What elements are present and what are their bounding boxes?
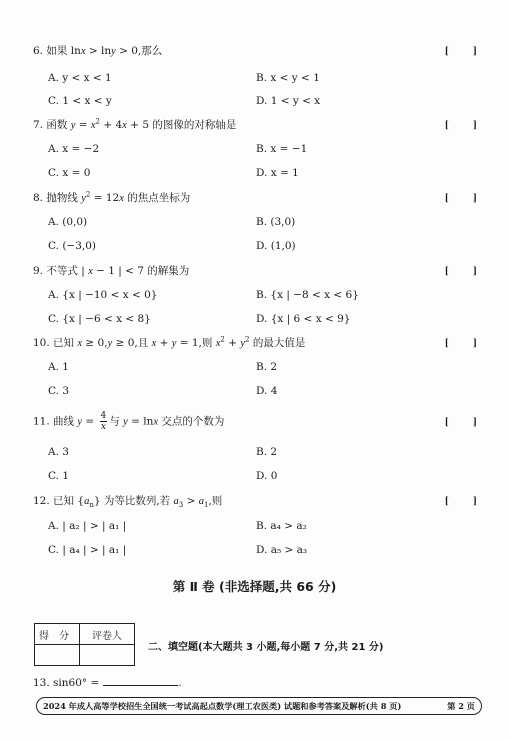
question-9-stem: 9. 不等式 | x − 1 | < 7 的解集为: [33, 264, 189, 279]
question-12-option-b: B. a₄ > a₂: [256, 519, 307, 533]
question-12-option-a: A. | a₂ | > | a₁ |: [48, 519, 126, 533]
score-header: 得 分: [35, 624, 80, 645]
question-13: 13. sin60° =.: [33, 675, 182, 689]
answer-bracket-open: [: [445, 191, 449, 205]
question-8-option-d: D. (1,0): [256, 239, 296, 253]
section-2-title: 第 Ⅱ 卷 (非选择题,共 66 分): [0, 577, 509, 595]
question-number: 12.: [33, 495, 50, 507]
answer-bracket-close: ]: [473, 415, 477, 429]
question-10-option-b: B. 2: [256, 360, 277, 374]
question-12-option-d: D. a₅ > a₃: [256, 543, 307, 557]
question-number: 7.: [33, 119, 43, 131]
answer-bracket-open: [: [445, 415, 449, 429]
question-7-option-c: C. x = 0: [48, 166, 90, 180]
question-number: 9.: [33, 265, 43, 277]
question-7-option-b: B. x = −1: [256, 142, 307, 156]
answer-bracket-open: [: [445, 118, 449, 132]
question-12-stem: 12. 已知 {an} 为等比数列,若 a3 > a1,则: [33, 494, 222, 509]
answer-blank: [103, 675, 178, 686]
question-11-stem: 11. 曲线 y = 4x与 y = lnx 交点的个数为: [33, 411, 224, 432]
answer-bracket-close: ]: [473, 191, 477, 205]
page-number: 第 2 页: [447, 701, 475, 712]
question-9-option-b: B. {x | −8 < x < 6}: [256, 288, 359, 302]
question-6-option-b: B. x < y < 1: [256, 71, 320, 85]
answer-bracket-close: ]: [473, 264, 477, 278]
question-12-option-c: C. | a₄ | > | a₁ |: [48, 543, 126, 557]
question-number: 11.: [33, 416, 50, 428]
footer-title: 2024 年成人高等学校招生全国统一考试高起点数学(理工农医类) 试题和参考答案…: [43, 701, 401, 712]
question-8-option-a: A. (0,0): [48, 215, 87, 229]
question-13-end: .: [178, 677, 181, 689]
answer-bracket-open: [: [445, 494, 449, 508]
grader-cell: [80, 645, 135, 666]
question-6-option-c: C. 1 < x < y: [48, 94, 112, 108]
question-11-option-d: D. 0: [256, 469, 277, 483]
question-7-option-d: D. x = 1: [256, 166, 299, 180]
question-9-option-a: A. {x | −10 < x < 0}: [48, 288, 157, 302]
question-number: 10.: [33, 337, 50, 349]
answer-bracket-close: ]: [473, 118, 477, 132]
answer-bracket-open: [: [445, 336, 449, 350]
question-8-option-c: C. (−3,0): [48, 239, 96, 253]
question-10-stem: 10. 已知 x ≥ 0,y ≥ 0,且 x + y = 1,则 x2 + y2…: [33, 336, 305, 351]
question-number: 6.: [33, 45, 43, 57]
question-6-option-a: A. y < x < 1: [48, 71, 112, 85]
fraction: 4x: [100, 411, 108, 432]
question-9-option-c: C. {x | −6 < x < 8}: [48, 312, 151, 326]
question-10-option-a: A. 1: [48, 360, 69, 374]
question-6-stem: 6. 如果 lnx > lny > 0,那么: [33, 44, 162, 59]
question-11-option-b: B. 2: [256, 445, 277, 459]
answer-bracket-open: [: [445, 264, 449, 278]
grader-header: 评卷人: [80, 624, 135, 645]
question-10-option-d: D. 4: [256, 384, 277, 398]
question-11-option-a: A. 3: [48, 445, 69, 459]
question-7-stem: 7. 函数 y = x2 + 4x + 5 的图像的对称轴是: [33, 118, 236, 133]
answer-bracket-close: ]: [473, 494, 477, 508]
fill-in-section-title: 二、填空题(本大题共 3 小题,每小题 7 分,共 21 分): [148, 638, 383, 653]
question-8-option-b: B. (3,0): [256, 215, 295, 229]
question-number: 13.: [33, 677, 50, 689]
question-7-option-a: A. x = −2: [48, 142, 99, 156]
page-footer: 2024 年成人高等学校招生全国统一考试高起点数学(理工农医类) 试题和参考答案…: [36, 697, 482, 715]
answer-bracket-close: ]: [473, 336, 477, 350]
question-10-option-c: C. 3: [48, 384, 69, 398]
question-13-text: sin60° =: [53, 677, 99, 689]
answer-bracket-close: ]: [473, 44, 477, 58]
question-number: 8.: [33, 192, 43, 204]
question-11-option-c: C. 1: [48, 469, 69, 483]
answer-bracket-open: [: [445, 44, 449, 58]
score-table: 得 分 评卷人: [34, 623, 135, 666]
question-9-option-d: D. {x | 6 < x < 9}: [256, 312, 350, 326]
question-6-option-d: D. 1 < y < x: [256, 94, 320, 108]
score-cell: [35, 645, 80, 666]
question-8-stem: 8. 抛物线 y2 = 12x 的焦点坐标为: [33, 191, 190, 206]
